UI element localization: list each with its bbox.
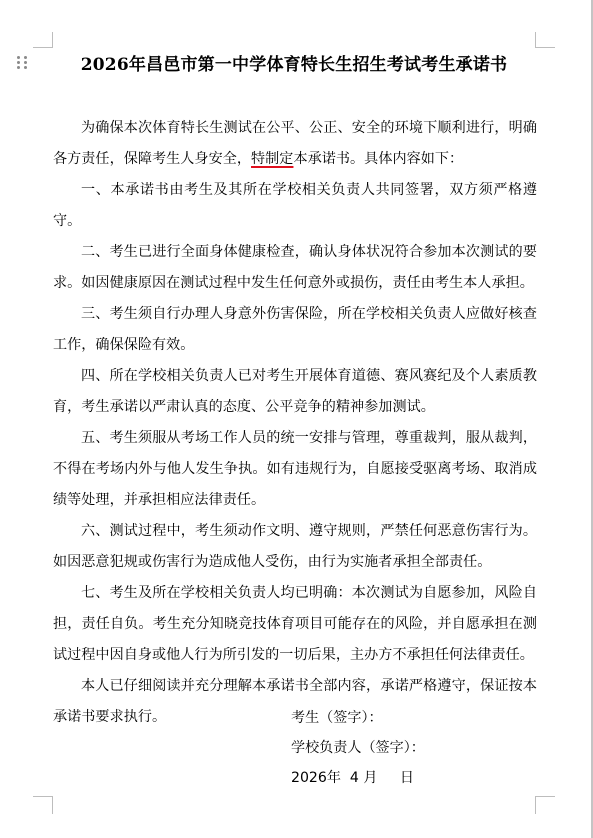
drag-dot: [24, 61, 27, 64]
signature-date[interactable]: 2026年 4 月 日: [291, 763, 425, 793]
margin-corner-mark-top-right: [535, 32, 555, 48]
drag-dot: [24, 66, 27, 69]
intro-text-after: 本承诺书。具体内容如下：: [293, 151, 463, 167]
drag-dot: [24, 56, 27, 59]
clause-5[interactable]: 五、考生须服从考场工作人员的统一安排与管理，尊重裁判，服从裁判，不得在考场内外与…: [53, 423, 537, 516]
margin-corner-mark-top-left: [33, 32, 53, 48]
clause-7[interactable]: 七、考生及所在学校相关负责人均已明确：本次测试为自愿参加，风险自担，责任自负。考…: [53, 578, 537, 671]
drag-dot: [17, 66, 20, 69]
drag-handle-icon[interactable]: [17, 56, 29, 71]
margin-corner-mark-bottom-right: [535, 796, 555, 814]
margin-corner-mark-bottom-left: [33, 796, 53, 814]
signature-block: 考生（签字）： 学校负责人（签字）： 2026年 4 月 日: [291, 703, 425, 793]
clause-1[interactable]: 一、本承诺书由考生及其所在学校相关负责人共同签署，双方须严格遵守。: [53, 175, 537, 237]
clause-4[interactable]: 四、所在学校相关负责人已对考生开展体育道德、赛风赛纪及个人素质教育，考生承诺以严…: [53, 361, 537, 423]
drag-dot: [17, 61, 20, 64]
student-signature-label[interactable]: 考生（签字）：: [291, 703, 425, 733]
school-rep-signature-label[interactable]: 学校负责人（签字）：: [291, 733, 425, 763]
intro-paragraph[interactable]: 为确保本次体育特长生测试在公平、公正、安全的环境下顺利进行，明确各方责任，保障考…: [53, 113, 537, 175]
clause-2[interactable]: 二、考生已进行全面身体健康检查，确认身体状况符合参加本次测试的要求。如因健康原因…: [53, 237, 537, 299]
drag-dot: [17, 56, 20, 59]
document-title[interactable]: 2026年昌邑市第一中学体育特长生招生考试考生承诺书: [53, 52, 535, 78]
clause-3[interactable]: 三、考生须自行办理人身意外伤害保险，所在学校相关负责人应做好核查工作，确保保险有…: [53, 299, 537, 361]
spellcheck-flagged-text[interactable]: 特制定: [251, 151, 293, 167]
clause-6[interactable]: 六、测试过程中，考生须动作文明、遵守规则，严禁任何恶意伤害行为。如因恶意犯规或伤…: [53, 516, 537, 578]
document-body[interactable]: 为确保本次体育特长生测试在公平、公正、安全的环境下顺利进行，明确各方责任，保障考…: [53, 113, 537, 733]
